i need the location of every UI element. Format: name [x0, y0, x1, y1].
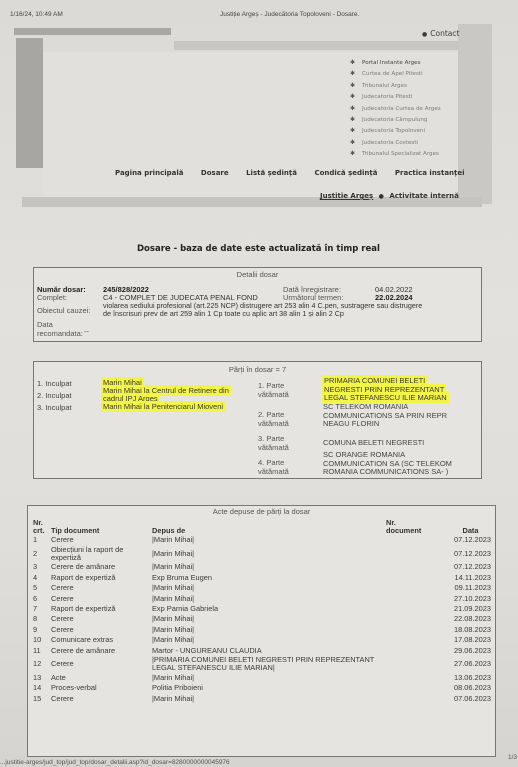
cell-data: 27.10.2023 — [448, 594, 493, 604]
bullet-icon: ✱ — [350, 139, 355, 146]
table-row: 10Comunicare extras|Marin Mihai|17.08.20… — [31, 635, 493, 645]
table-row: 3Cerere de amânare|Marin Mihai|07.12.202… — [31, 562, 493, 572]
cell-nr-document — [384, 594, 448, 604]
cell-nr: 15 — [31, 694, 49, 704]
cell-depus-de: |Marin Mihai| — [150, 562, 384, 572]
bullet-icon: ✱ — [350, 59, 355, 66]
cell-tip-document: Obiecțiuni la raport de expertiză — [49, 545, 150, 562]
cell-depus-de: |PRIMARIA COMUNEI BELETI NEGRESTI PRIN R… — [150, 656, 384, 673]
panel-title: Detalii dosar — [34, 270, 481, 279]
cell-data: 07.12.2023 — [448, 562, 493, 572]
cell-nr-document — [384, 694, 448, 704]
portal-link[interactable]: ✱Judecatoria Curtea de Arges — [350, 103, 441, 114]
nav-dosare[interactable]: Dosare — [201, 169, 229, 177]
cell-tip-document: Cerere — [49, 583, 150, 593]
cell-tip-document: Cerere — [49, 656, 150, 673]
cell-data: 07.12.2023 — [448, 545, 493, 562]
portal-links-list: ✱Portal Instante Arges ✱Curtea de Apel P… — [350, 57, 441, 160]
recommended-date-label: recomandata: — [37, 329, 83, 338]
party-role: 3. Inculpat — [37, 404, 72, 412]
bullet-icon: ● — [422, 31, 427, 38]
nav-pagina-principala[interactable]: Pagina principală — [115, 169, 183, 177]
cell-nr-document — [384, 545, 448, 562]
cell-depus-de: |Marin Mihai| — [150, 545, 384, 562]
col-header-depus: Depus de — [150, 519, 384, 535]
cell-tip-document: Cerere — [49, 694, 150, 704]
cell-data: 09.11.2023 — [448, 583, 493, 593]
portal-link[interactable]: ✱Judecatoria Topoloveni — [350, 125, 441, 136]
print-page-number: 1/3 — [508, 754, 517, 761]
portal-link[interactable]: ✱Judecatoria Pitesti — [350, 91, 441, 102]
table-row: 15Cerere|Marin Mihai|07.06.2023 — [31, 694, 493, 704]
header-decor-column — [16, 38, 43, 168]
cell-depus-de: |Marin Mihai| — [150, 635, 384, 645]
cell-nr: 2 — [31, 545, 49, 562]
cell-nr-document — [384, 573, 448, 583]
table-row: 6Cerere|Marin Mihai|27.10.2023 — [31, 594, 493, 604]
cell-depus-de: |Marin Mihai| — [150, 583, 384, 593]
table-row: 12Cerere|PRIMARIA COMUNEI BELETI NEGREST… — [31, 656, 493, 673]
filed-documents-panel: Acte depuse de părți la dosar Nr.crt. Ti… — [27, 505, 496, 757]
panel-title: Acte depuse de părți la dosar — [28, 507, 495, 516]
main-nav: Pagina principală Dosare Listă ședință C… — [115, 169, 480, 177]
table-row: 8Cerere|Marin Mihai|22.08.2023 — [31, 614, 493, 624]
cell-depus-de: |Marin Mihai| — [150, 614, 384, 624]
cell-tip-document: Cerere — [49, 594, 150, 604]
cell-nr: 5 — [31, 583, 49, 593]
portal-link[interactable]: ✱Curtea de Apel Pitesti — [350, 68, 441, 79]
cell-nr: 1 — [31, 535, 49, 545]
cell-tip-document: Proces-verbal — [49, 683, 150, 693]
victim-role: 1. Partevătămată — [258, 382, 289, 399]
portal-link[interactable]: ✱Portal Instante Arges — [350, 57, 441, 68]
cell-nr: 3 — [31, 562, 49, 572]
cell-depus-de: |Marin Mihai| — [150, 694, 384, 704]
header-decor-bar — [14, 28, 171, 35]
cell-nr: 12 — [31, 656, 49, 673]
nav-lista-sedinta[interactable]: Listă ședință — [246, 169, 297, 177]
activitate-interna-link[interactable]: Activitate internă — [389, 192, 459, 200]
victim-name: SC ORANGE ROMANIA COMMUNICATION SA (SC T… — [323, 451, 452, 477]
cell-data: 21.09.2023 — [448, 604, 493, 614]
cell-nr-document — [384, 614, 448, 624]
nav-condica-sedinta[interactable]: Condică ședință — [314, 169, 377, 177]
cell-nr-document — [384, 635, 448, 645]
bullet-icon: ✱ — [350, 127, 355, 134]
cell-depus-de: |Marin Mihai| — [150, 625, 384, 635]
party-role: 1. Inculpat — [37, 380, 72, 388]
cell-data: 13.06.2023 — [448, 673, 493, 683]
nav-practica-instantei[interactable]: Practica instanței — [395, 169, 465, 177]
portal-link[interactable]: ✱Tribunalul Specializat Arges — [350, 148, 441, 159]
cell-nr: 7 — [31, 604, 49, 614]
panel-label: Complet: — [37, 293, 67, 302]
cell-nr: 9 — [31, 625, 49, 635]
cell-data: 14.11.2023 — [448, 573, 493, 583]
table-row: 5Cerere|Marin Mihai|09.11.2023 — [31, 583, 493, 593]
cell-depus-de: Exp Bruma Eugen — [150, 573, 384, 583]
header-decor-column — [458, 24, 492, 204]
table-row: 7Raport de expertizăExp Parnia Gabriela2… — [31, 604, 493, 614]
contact-link[interactable]: ●Contact — [422, 29, 459, 38]
victim-role: 3. Partevătămată — [258, 435, 289, 452]
justitie-arges-link[interactable]: Justitie Argeș — [320, 192, 373, 200]
cell-depus-de: |Marin Mihai| — [150, 594, 384, 604]
bullet-icon: ✱ — [350, 116, 355, 123]
cell-depus-de: |Marin Mihai| — [150, 535, 384, 545]
bullet-icon: ✱ — [350, 150, 355, 157]
bullet-icon: ✱ — [350, 105, 355, 112]
cell-nr-document — [384, 656, 448, 673]
cell-nr-document — [384, 646, 448, 656]
cell-nr-document — [384, 625, 448, 635]
cell-depus-de: Politia Priboieni — [150, 683, 384, 693]
recommended-date-value: -- — [84, 327, 89, 336]
cell-tip-document: Cerere — [49, 625, 150, 635]
table-row: 4Raport de expertizăExp Bruma Eugen14.11… — [31, 573, 493, 583]
cell-tip-document: Acte — [49, 673, 150, 683]
cell-tip-document: Cerere de amânare — [49, 646, 150, 656]
cell-nr: 14 — [31, 683, 49, 693]
cell-data: 07.12.2023 — [448, 535, 493, 545]
panel-title: Părți în dosar = 7 — [34, 365, 481, 374]
cell-nr: 8 — [31, 614, 49, 624]
cell-nr-document — [384, 583, 448, 593]
cell-tip-document: Raport de expertiză — [49, 604, 150, 614]
cell-data: 08.06.2023 — [448, 683, 493, 693]
cell-tip-document: Raport de expertiză — [49, 573, 150, 583]
cell-data: 27.06.2023 — [448, 656, 493, 673]
printed-page: 1/16/24, 10:49 AM Justiție Argeș - Judec… — [0, 0, 518, 767]
documents-table: Nr.crt. Tip document Depus de Nr.documen… — [31, 519, 493, 704]
cell-tip-document: Cerere — [49, 614, 150, 624]
victim-name: SC TELEKOM ROMANIA COMMUNICATIONS SA PRI… — [323, 403, 447, 429]
cell-nr-document — [384, 683, 448, 693]
object-value-line: de înscrisuri prev de art 259 alin 1 Cp … — [103, 309, 344, 318]
cell-nr: 6 — [31, 594, 49, 604]
col-header-nr-document: Nr.document — [384, 519, 448, 535]
col-header-nr: Nr.crt. — [31, 519, 49, 535]
sub-nav: Justitie Argeș ● Activitate internă — [320, 192, 459, 200]
recommended-date-label: Data — [37, 320, 53, 329]
cell-nr-document — [384, 673, 448, 683]
object-label: Obiectul cauzei: — [37, 306, 90, 315]
table-row: 9Cerere|Marin Mihai|18.08.2023 — [31, 625, 493, 635]
victim-name: PRIMARIA COMUNEI BELETI NEGRESTI PRIN RE… — [323, 377, 448, 403]
table-row: 13Acte|Marin Mihai|13.06.2023 — [31, 673, 493, 683]
cell-nr-document — [384, 535, 448, 545]
cell-data: 17.08.2023 — [448, 635, 493, 645]
victim-role: 2. Partevătămată — [258, 411, 289, 428]
party-name: Marin Mihai la Penitenciarul Mioveni — [102, 402, 224, 411]
cell-tip-document: Comunicare extras — [49, 635, 150, 645]
cell-data: 07.06.2023 — [448, 694, 493, 704]
table-row: 2Obiecțiuni la raport de expertiză|Marin… — [31, 545, 493, 562]
case-details-panel: Detalii dosar Număr dosar: 245/828/2022 … — [33, 267, 482, 342]
cell-depus-de: Exp Parnia Gabriela — [150, 604, 384, 614]
cell-depus-de: |Marin Mihai| — [150, 673, 384, 683]
portal-link[interactable]: ✱Judecatoria Câmpulung — [350, 114, 441, 125]
cell-nr: 10 — [31, 635, 49, 645]
victim-role: 4. Partevătămată — [258, 459, 289, 476]
table-row: 14Proces-verbalPolitia Priboieni08.06.20… — [31, 683, 493, 693]
page-title: Dosare - baza de date este actualizată î… — [137, 244, 380, 254]
bullet-icon: ● — [379, 193, 384, 200]
table-row: 1Cerere|Marin Mihai|07.12.2023 — [31, 535, 493, 545]
portal-link[interactable]: ✱Tribunalul Arges — [350, 80, 441, 91]
cell-data: 18.08.2023 — [448, 625, 493, 635]
print-footer-url: ...justitie-arges/jud_top/jud_top/dosar_… — [0, 759, 230, 766]
bullet-icon: ✱ — [350, 82, 355, 89]
col-header-data: Data — [448, 519, 493, 535]
cell-data: 22.08.2023 — [448, 614, 493, 624]
header-decor-bar — [174, 41, 492, 50]
cell-nr: 11 — [31, 646, 49, 656]
col-header-tip: Tip document — [49, 519, 150, 535]
cell-nr-document — [384, 562, 448, 572]
print-datetime: 1/16/24, 10:49 AM — [10, 11, 63, 18]
cell-nr-document — [384, 604, 448, 614]
cell-tip-document: Cerere — [49, 535, 150, 545]
victim-name: COMUNA BELETI NEGRESTI — [323, 439, 424, 448]
print-page-title: Justiție Argeș - Judecătoria Topoloveni … — [220, 11, 359, 18]
bullet-icon: ✱ — [350, 93, 355, 100]
party-role: 2. Inculpat — [37, 392, 72, 400]
cell-tip-document: Cerere de amânare — [49, 562, 150, 572]
cell-nr: 13 — [31, 673, 49, 683]
parties-panel: Părți în dosar = 7 1. Inculpat Marin Mih… — [33, 361, 482, 479]
bullet-icon: ✱ — [350, 70, 355, 77]
portal-link[interactable]: ✱Judecatoria Costesti — [350, 137, 441, 148]
cell-data: 29.06.2023 — [448, 646, 493, 656]
cell-nr: 4 — [31, 573, 49, 583]
